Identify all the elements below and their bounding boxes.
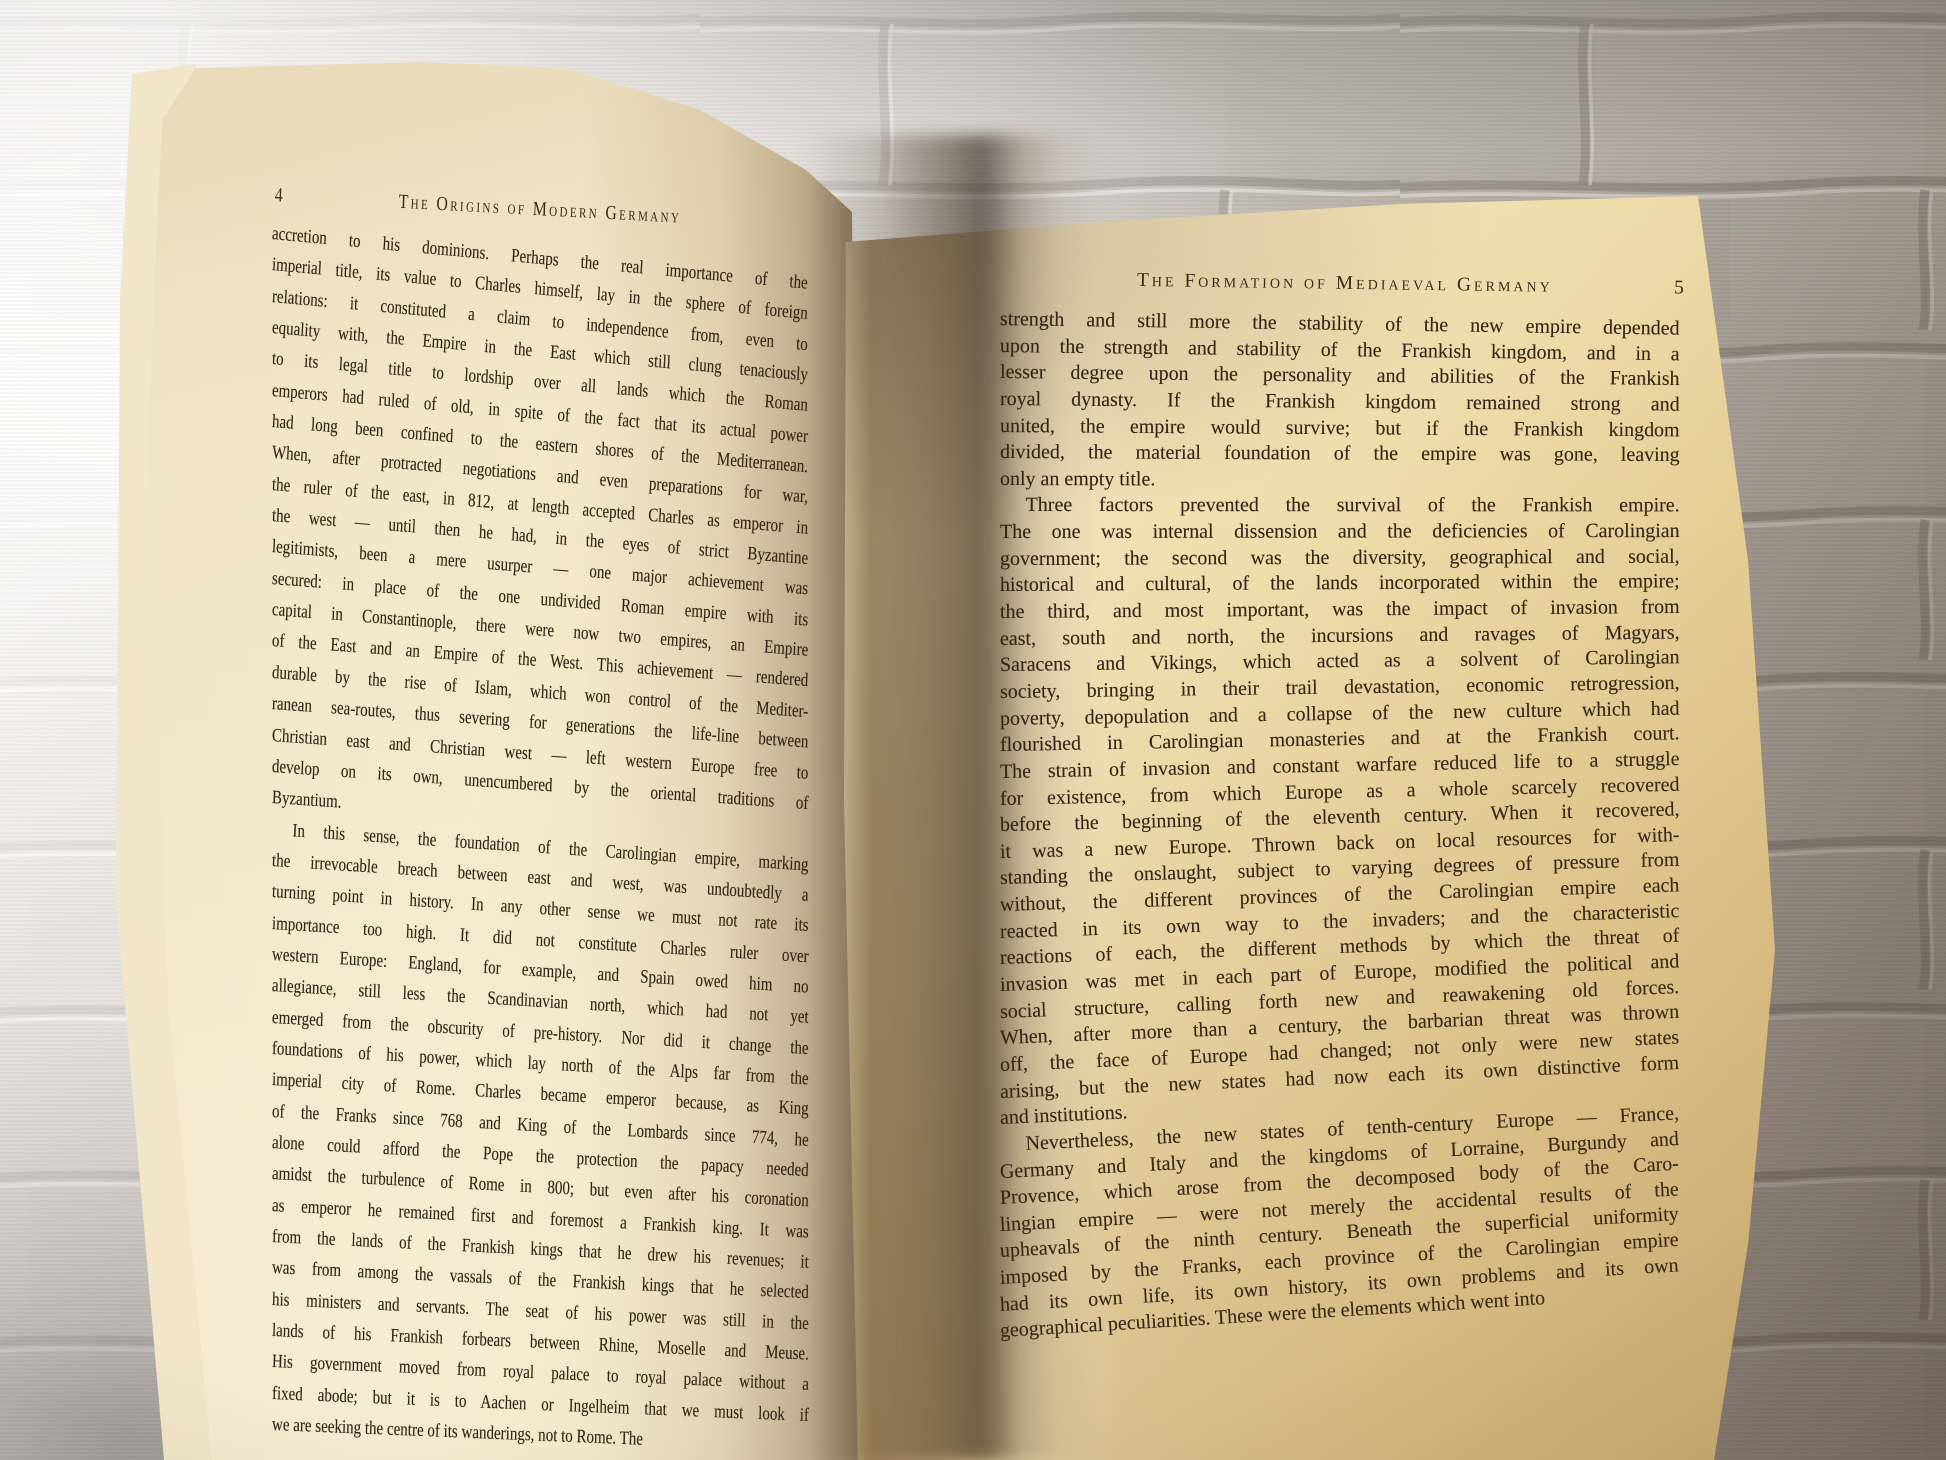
book-photo-scene: 4 The Origins of Modern Germany accretio… xyxy=(0,0,1946,1460)
text-line: only an empty title. xyxy=(1000,466,1680,494)
right-page-number: 5 xyxy=(1674,277,1684,299)
left-page-body-text: accretion to his dominions. Perhaps the … xyxy=(272,218,809,1440)
left-page-number: 4 xyxy=(274,184,283,207)
right-page-body-text: strength and still more the stability of… xyxy=(1000,306,1680,1345)
text-line: divided, the material foundation of the … xyxy=(1000,439,1680,469)
text-line: Three factors prevented the survival of … xyxy=(1000,492,1680,519)
text-line: The one was internal dissension and the … xyxy=(1000,518,1680,546)
